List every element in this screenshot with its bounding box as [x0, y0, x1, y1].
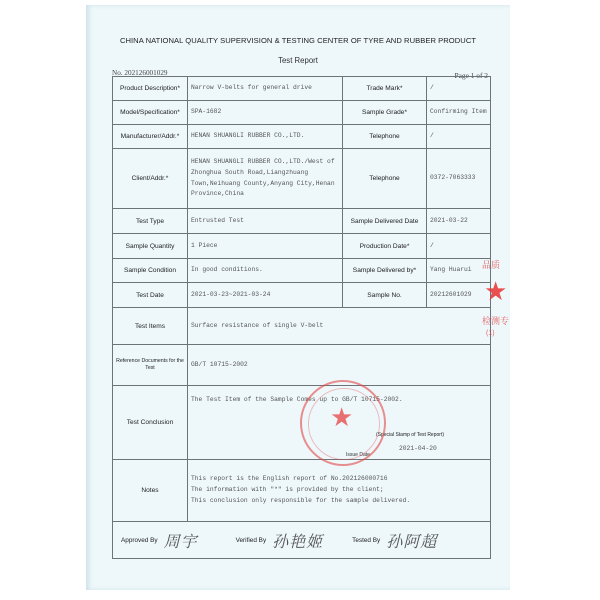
verified-by-label: Verified By	[236, 537, 267, 544]
sample-delivered-date-value: 2021-03-22	[427, 209, 491, 234]
test-type-label: Test Type	[113, 209, 188, 234]
product-description-label: Product Description*	[113, 77, 188, 101]
test-type-value: Entrusted Test	[188, 209, 343, 234]
approved-by-label: Approved By	[121, 537, 158, 544]
test-date-value: 2021-03-23~2021-03-24	[188, 283, 343, 308]
table-row: Test Type Entrusted Test Sample Delivere…	[113, 209, 491, 234]
sample-condition-value: In good conditions.	[188, 259, 343, 283]
manufacturer-label: Manufacturer/Addr.*	[113, 125, 188, 149]
table-row: Test Date 2021-03-23~2021-03-24 Sample N…	[113, 283, 491, 308]
test-items-label: Test Items	[113, 308, 188, 345]
table-row: Sample Condition In good conditions. Sam…	[113, 259, 491, 283]
verified-by-signature: 孙艳姬	[272, 529, 352, 552]
side-stamp-number: (1)	[486, 330, 495, 337]
approved-by-signature: 周宇	[164, 529, 236, 552]
production-date-value: /	[427, 234, 491, 259]
model-value: SPA-1682	[188, 101, 343, 125]
star-icon: ★	[484, 278, 507, 304]
production-date-label: Production Date*	[343, 234, 427, 259]
product-description-value: Narrow V-belts for general drive	[188, 77, 343, 101]
table-row: Client/Addr.* HENAN SHUANGLI RUBBER CO.,…	[113, 149, 491, 209]
sample-grade-label: Sample Grade*	[343, 101, 427, 125]
table-row: Test Items Surface resistance of single …	[113, 308, 491, 345]
table-row: Manufacturer/Addr.* HENAN SHUANGLI RUBBE…	[113, 125, 491, 149]
table-row: Sample Quantity 1 Piece Production Date*…	[113, 234, 491, 259]
star-icon: ★	[330, 404, 353, 430]
trade-mark-label: Trade Mark*	[343, 77, 427, 101]
organization-name: CHINA NATIONAL QUALITY SUPERVISION & TES…	[86, 36, 510, 45]
sample-delivered-date-label: Sample Delivered Date	[343, 209, 427, 234]
trade-mark-value: /	[427, 77, 491, 101]
test-conclusion-label: Test Conclusion	[113, 386, 188, 460]
client-value: HENAN SHUANGLI RUBBER CO.,LTD./West of Z…	[188, 149, 343, 209]
client-telephone-value: 0372-7063333	[427, 149, 491, 209]
stamp-caption: (Special Stamp of Test Report)	[376, 430, 444, 441]
side-stamp-bottom-text: 检测专	[482, 314, 509, 327]
manufacturer-value: HENAN SHUANGLI RUBBER CO.,LTD.	[188, 125, 343, 149]
notes-value: This report is the English report of No.…	[188, 460, 491, 522]
client-label: Client/Addr.*	[113, 149, 188, 209]
side-stamp-top-text: 品质	[482, 258, 500, 271]
tested-by-signature: 孙阿超	[386, 529, 437, 552]
report-title: Test Report	[86, 56, 510, 65]
table-row: Model/Specification* SPA-1682 Sample Gra…	[113, 101, 491, 125]
sample-grade-value: Confirming Item	[427, 101, 491, 125]
sample-quantity-label: Sample Quantity	[113, 234, 188, 259]
manufacturer-telephone-label: Telephone	[343, 125, 427, 149]
notes-label: Notes	[113, 460, 188, 522]
tested-by-label: Tested By	[352, 537, 380, 544]
issue-date-value: 2021-04-20	[399, 444, 437, 455]
report-page: CHINA NATIONAL QUALITY SUPERVISION & TES…	[86, 5, 510, 590]
sample-no-label: Sample No.	[343, 283, 427, 308]
sample-condition-label: Sample Condition	[113, 259, 188, 283]
table-row: Product Description* Narrow V-belts for …	[113, 77, 491, 101]
model-label: Model/Specification*	[113, 101, 188, 125]
note-line: This report is the English report of No.…	[191, 474, 487, 485]
side-seal-stamp: 品质 ★ 检测专 (1)	[480, 256, 516, 352]
sample-quantity-value: 1 Piece	[188, 234, 343, 259]
client-telephone-label: Telephone	[343, 149, 427, 209]
table-row: Reference Documents for the Test GB/T 10…	[113, 345, 491, 386]
manufacturer-telephone-value: /	[427, 125, 491, 149]
reference-documents-label: Reference Documents for the Test	[113, 345, 188, 386]
report-table: Product Description* Narrow V-belts for …	[112, 76, 490, 559]
signature-row: Approved By 周宇 Verified By 孙艳姬 Tested By…	[113, 522, 491, 559]
test-items-value: Surface resistance of single V-belt	[188, 308, 491, 345]
table-row: Notes This report is the English report …	[113, 460, 491, 522]
note-line: The information with "*" is provided by …	[191, 485, 487, 496]
test-date-label: Test Date	[113, 283, 188, 308]
sample-delivered-by-label: Sample Delivered by*	[343, 259, 427, 283]
note-line: This conclusion only responsible for the…	[191, 496, 487, 507]
official-stamp: ★	[300, 380, 386, 466]
